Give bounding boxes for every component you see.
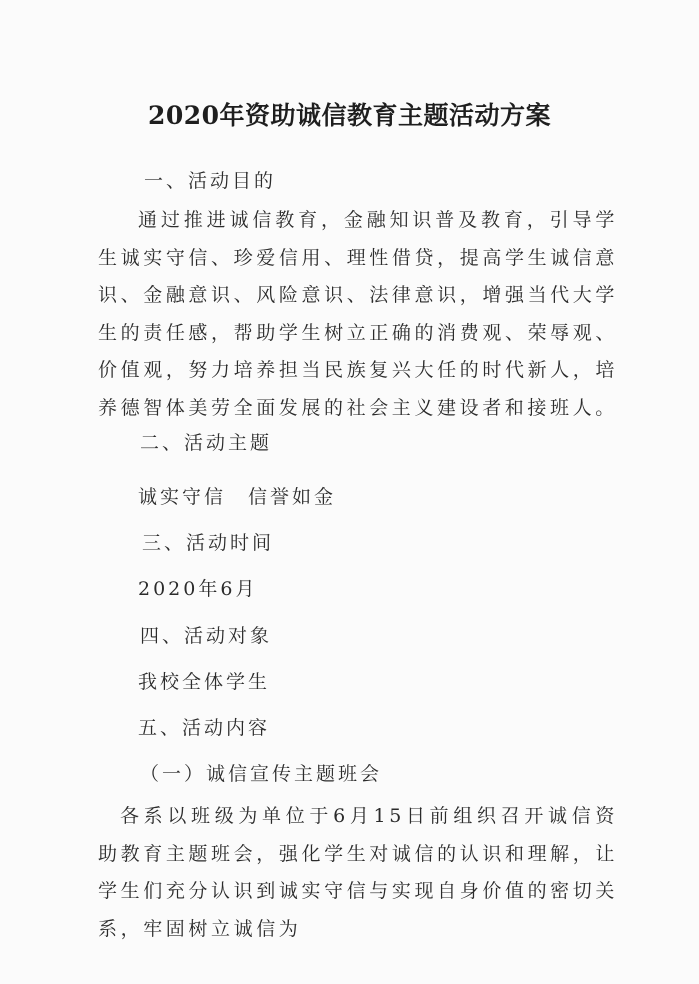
document-title: 2020年资助诚信教育主题活动方案 [0, 96, 699, 132]
section-body-content: 各系以班级为单位于6月15日前组织召开诚信资助教育主题班会，强化学生对诚信的认识… [98, 798, 618, 948]
section-heading-content: 五、活动内容 [138, 713, 270, 740]
section-body-purpose: 通过推进诚信教育，金融知识普及教育，引导学生诚实守信、珍爱信用、理性借贷，提高学… [98, 202, 618, 427]
document-page: 2020年资助诚信教育主题活动方案 一、活动目的 通过推进诚信教育，金融知识普及… [0, 0, 699, 984]
section-heading-theme: 二、活动主题 [140, 428, 272, 455]
section-heading-time: 三、活动时间 [142, 528, 274, 555]
section-body-target: 我校全体学生 [138, 667, 270, 694]
section-body-theme: 诚实守信 信誉如金 [138, 482, 336, 509]
section-body-time: 2020年6月 [138, 574, 257, 601]
section-heading-target: 四、活动对象 [140, 621, 272, 648]
section-subheading-class-meeting: （一）诚信宣传主题班会 [140, 759, 382, 786]
section-heading-purpose: 一、活动目的 [144, 166, 276, 193]
